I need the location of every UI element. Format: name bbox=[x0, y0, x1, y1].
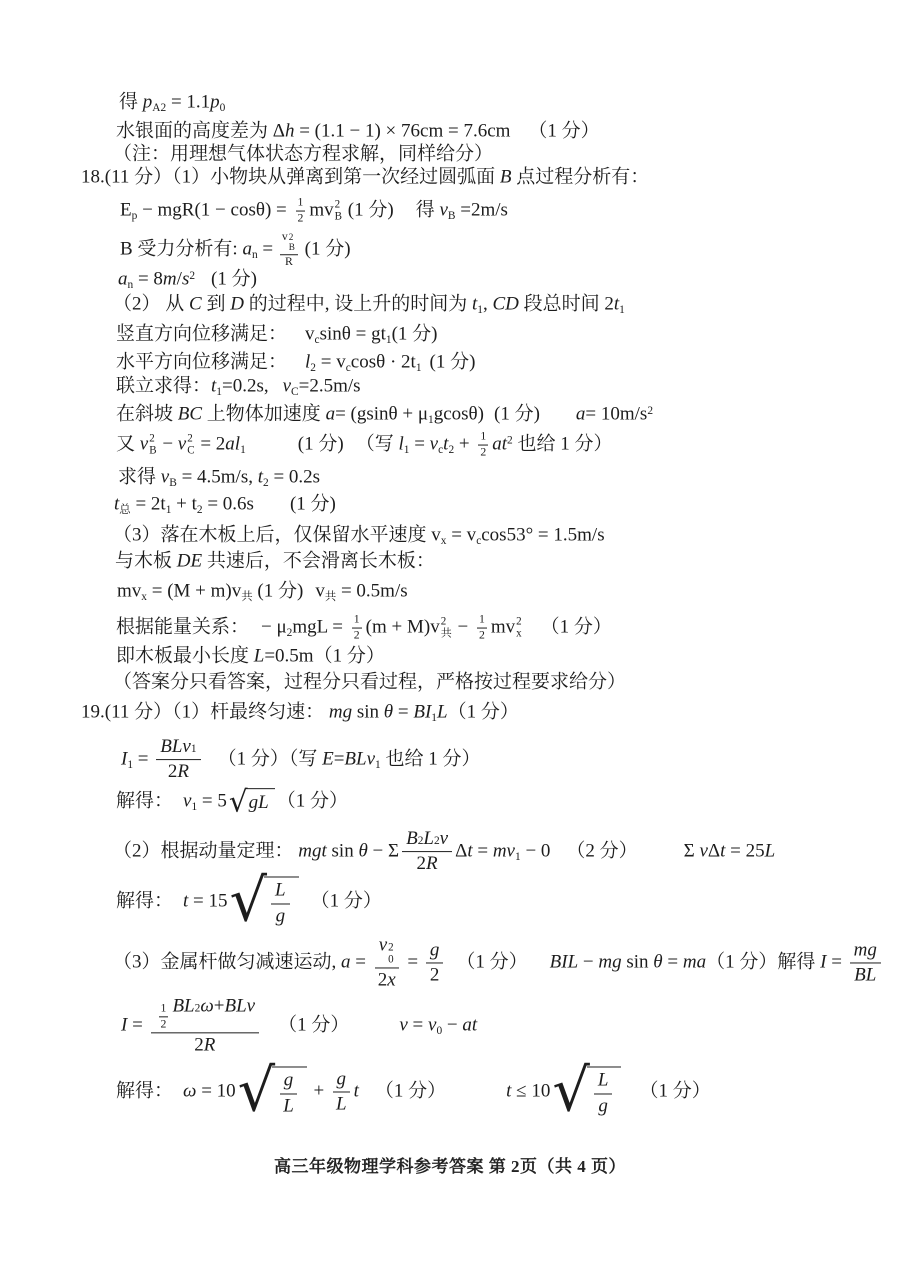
spacer bbox=[638, 855, 684, 856]
math-variable: B bbox=[406, 828, 418, 850]
math-variable: g bbox=[430, 939, 440, 961]
text-run: sin bbox=[352, 702, 384, 723]
spacer bbox=[287, 367, 305, 368]
text-run: 联立求得： bbox=[116, 376, 211, 397]
subscript: 1 bbox=[416, 362, 422, 374]
superscript: 2 bbox=[189, 270, 195, 282]
math-variable: m bbox=[163, 269, 177, 290]
math-variable: p bbox=[210, 92, 220, 113]
text-run: 也给 1 分） bbox=[513, 433, 613, 454]
text-run: 1 bbox=[298, 197, 304, 210]
text-run: gcosθ) bbox=[434, 404, 484, 425]
text-run: = 2 bbox=[196, 433, 226, 454]
text-run: =0.2s, bbox=[222, 376, 269, 397]
text-run: = bbox=[403, 951, 423, 972]
math-variable: mv bbox=[493, 840, 515, 861]
math-variable: ma bbox=[683, 951, 706, 972]
spacer bbox=[484, 419, 494, 420]
text-run: （1 分） bbox=[448, 702, 519, 723]
math-variable: mg bbox=[854, 939, 877, 961]
text-run: （3）金属杆做匀减速运动, bbox=[113, 951, 341, 972]
text-run: = 2t bbox=[131, 494, 166, 515]
fraction: gL bbox=[279, 1070, 298, 1118]
sup-sub-stack: 2B bbox=[149, 433, 156, 458]
superscript: 2 bbox=[647, 405, 653, 417]
fraction-numerator: g bbox=[333, 1068, 351, 1092]
text-run: 即木板最小长度 bbox=[116, 646, 254, 667]
text-run: 又 bbox=[116, 433, 140, 454]
text-run: 求得 bbox=[118, 467, 161, 488]
text-run: 2 bbox=[378, 969, 388, 991]
math-variable: g bbox=[284, 1070, 294, 1092]
subscript: B bbox=[335, 211, 342, 223]
fraction: Lg bbox=[271, 880, 290, 928]
text-run: （3）落在木板上后，仅保留水平速度 v bbox=[113, 525, 441, 546]
text-run: 得 bbox=[119, 92, 143, 113]
doc-line: 解得：t = 15√Lg（1 分） bbox=[116, 875, 382, 928]
superscript: 2 bbox=[441, 616, 447, 628]
math-variable: R bbox=[177, 762, 189, 784]
math-variable: DE bbox=[177, 551, 202, 572]
text-run: (1 分) bbox=[494, 404, 540, 425]
fraction: g2 bbox=[426, 939, 444, 987]
text-run: = 25 bbox=[725, 840, 764, 861]
fraction-denominator: 2 bbox=[294, 212, 308, 226]
text-run: 2 bbox=[480, 447, 486, 460]
text-run: sin bbox=[327, 840, 359, 861]
math-variable: mg bbox=[329, 702, 352, 723]
text-run: = bbox=[473, 840, 493, 861]
math-variable: θ bbox=[653, 951, 662, 972]
text-run: = bbox=[393, 702, 413, 723]
subscript: 1 bbox=[191, 744, 197, 755]
page-footer: 高三年级物理学科参考答案 第 2页（共 4 页） bbox=[0, 1152, 900, 1177]
text-run: = (gsinθ + μ bbox=[335, 404, 428, 425]
radicand: Lg bbox=[264, 877, 299, 928]
spacer bbox=[446, 1095, 506, 1096]
text-run: (1 分) bbox=[211, 269, 257, 290]
math-variable: C bbox=[189, 294, 202, 315]
math-variable: BL bbox=[854, 965, 876, 987]
sup-sub-stack: 2B bbox=[335, 199, 342, 224]
text-run: = bbox=[351, 951, 371, 972]
math-variable: D bbox=[230, 294, 244, 315]
doc-line: （注：用理想气体状态方程求解，同样给分） bbox=[113, 143, 493, 168]
text-run: = bbox=[408, 1014, 428, 1035]
text-run: 2 bbox=[298, 213, 304, 226]
spacer bbox=[422, 367, 430, 368]
text-run: = 8 bbox=[133, 269, 163, 290]
text-run: （1 分） bbox=[375, 1080, 446, 1101]
subscript: x bbox=[516, 628, 522, 640]
fraction-numerator: g bbox=[426, 939, 444, 963]
spacer bbox=[446, 966, 456, 967]
text-run: = bbox=[663, 951, 683, 972]
doc-line: 解得：ω = 10√gL + gLt（1 分）t ≤ 10√Lg（1 分） bbox=[116, 1065, 711, 1118]
spacer bbox=[303, 596, 315, 597]
fraction: 12BL2ω + BLv2R bbox=[151, 995, 260, 1056]
doc-line: mvx = (M + m)v共 (1 分)v共 = 0.5m/s bbox=[117, 580, 408, 605]
math-variable: BC bbox=[178, 404, 202, 425]
text-run: = 0.2s bbox=[269, 467, 320, 488]
superscript: 2 bbox=[335, 199, 341, 211]
fraction-denominator: L bbox=[279, 1094, 298, 1117]
radicand: gL bbox=[245, 788, 275, 816]
math-variable: al bbox=[225, 433, 240, 454]
text-run: − bbox=[158, 433, 178, 454]
math-variable: p bbox=[143, 92, 153, 113]
doc-line: 解得：v1 = 5√gL（1 分） bbox=[116, 788, 348, 816]
fraction-numerator: v20 bbox=[375, 934, 399, 968]
math-variable: BLv bbox=[344, 748, 375, 769]
sup-sub-stack: 2x bbox=[516, 616, 522, 641]
radicand: gL bbox=[272, 1067, 307, 1118]
text-run: − mgR(1 − cosθ) = bbox=[137, 199, 291, 220]
text-run: − Σ bbox=[368, 840, 399, 861]
text-run: = bbox=[409, 433, 429, 454]
subscript: C bbox=[291, 386, 299, 398]
text-run: 19.(11 分）（1）杆最终匀速： bbox=[81, 702, 329, 723]
text-run: 根据能量关系： bbox=[116, 616, 249, 637]
text-run: (1 分) bbox=[343, 199, 394, 220]
fraction-numerator: 1 bbox=[159, 1002, 169, 1017]
text-run: （1 分）解得 bbox=[706, 951, 820, 972]
text-run: + bbox=[309, 1080, 329, 1101]
sup-sub-stack: 2C bbox=[187, 433, 194, 458]
math-variable: L bbox=[423, 828, 434, 850]
fraction-denominator: 2 bbox=[426, 964, 444, 987]
text-run: = bbox=[127, 1014, 147, 1035]
subscript: 总 bbox=[119, 504, 130, 516]
radicand: Lg bbox=[587, 1067, 622, 1118]
text-run: 也给 1 分） bbox=[381, 748, 481, 769]
text-run: =2.5m/s bbox=[299, 376, 361, 397]
text-run: (1 分) bbox=[253, 581, 304, 602]
math-variable: gL bbox=[249, 791, 269, 816]
subscript: B bbox=[169, 477, 177, 489]
text-run: （1 分） bbox=[311, 890, 382, 911]
math-variable: L bbox=[437, 702, 448, 723]
spacer bbox=[195, 284, 211, 285]
fraction-denominator: L bbox=[332, 1093, 351, 1116]
fraction: v202x bbox=[374, 934, 400, 991]
fraction-denominator: 2 bbox=[475, 629, 489, 643]
square-root: √gL bbox=[238, 1065, 307, 1118]
text-run: + t bbox=[171, 494, 197, 515]
text-run: = 5 bbox=[197, 790, 227, 811]
spacer bbox=[394, 214, 416, 215]
fraction-numerator: 1 bbox=[352, 614, 362, 629]
spacer bbox=[246, 448, 298, 449]
math-variable: a bbox=[242, 238, 252, 259]
fraction: 12 bbox=[475, 614, 489, 643]
text-run: 2 bbox=[430, 965, 440, 987]
text-run: （1 分） bbox=[528, 121, 599, 142]
text-run: 的过程中, 设上升的时间为 bbox=[244, 294, 472, 315]
math-variable: CD bbox=[492, 294, 518, 315]
spacer bbox=[528, 966, 550, 967]
doc-line: 得 pA2 = 1.1p0 bbox=[119, 91, 225, 116]
doc-line: 求得 vB = 4.5m/s, t2 = 0.2s bbox=[118, 466, 320, 491]
text-run: 2 bbox=[161, 1018, 167, 1031]
text-run: 18.(11 分）（1）小物块从弹离到第一次经过圆弧面 bbox=[81, 167, 500, 188]
fraction-numerator: 1 bbox=[477, 614, 487, 629]
math-variable: BI bbox=[413, 702, 431, 723]
text-run: （写 bbox=[356, 433, 399, 454]
text-run: v bbox=[315, 581, 325, 602]
math-variable: t bbox=[354, 1080, 359, 1101]
text-run: v bbox=[305, 324, 315, 345]
doc-line: I1 = BLv12R（1 分）（写 E=BLv1 也给 1 分） bbox=[121, 736, 480, 784]
text-run: = bbox=[133, 748, 153, 769]
doc-line: t总 = 2t1 + t2 = 0.6s(1 分) bbox=[114, 493, 336, 518]
text-run: =0.5m（1 分） bbox=[264, 646, 385, 667]
superscript: 2 bbox=[388, 941, 394, 953]
text-run: − bbox=[453, 616, 473, 637]
text-run: = v bbox=[316, 352, 346, 373]
fraction-denominator: 2R bbox=[413, 853, 442, 876]
text-run: （1 分） bbox=[277, 790, 348, 811]
text-run: sinθ = gt bbox=[320, 324, 386, 345]
doc-line: （3）落在木板上后，仅保留水平速度 vx = vccos53° = 1.5m/s bbox=[113, 524, 605, 549]
text-run: （2） 从 bbox=[113, 294, 189, 315]
spacer bbox=[301, 905, 311, 906]
text-run: = bbox=[258, 238, 278, 259]
text-run: 2 bbox=[168, 762, 178, 784]
math-variable: L bbox=[765, 840, 776, 861]
subscript: 0 bbox=[220, 102, 226, 114]
text-run: 到 bbox=[202, 294, 231, 315]
spacer bbox=[523, 631, 541, 632]
radical-sign-icon: √ bbox=[238, 1064, 276, 1117]
subscript: 0 bbox=[388, 954, 394, 966]
square-root: √Lg bbox=[552, 1065, 621, 1118]
text-run: cos53° = 1.5m/s bbox=[481, 525, 604, 546]
text-run: Δ bbox=[708, 840, 720, 861]
radical-sign-icon: √ bbox=[230, 874, 268, 927]
spacer bbox=[249, 631, 261, 632]
fraction: mgBL bbox=[850, 939, 881, 987]
spacer bbox=[349, 1029, 399, 1030]
doc-line: （3）金属杆做匀减速运动, a = v202x = g2（1 分）BIL − m… bbox=[113, 934, 884, 991]
doc-line: 水银面的高度差为 Δh = (1.1 − 1) × 76cm = 7.6cm（1… bbox=[116, 120, 600, 145]
fraction: B2L2v2R bbox=[402, 828, 452, 876]
doc-line: 联立求得：t1=0.2s,vC=2.5m/s bbox=[116, 375, 361, 400]
fraction-numerator: 1 bbox=[478, 431, 488, 446]
fraction-numerator: B2L2v bbox=[402, 828, 452, 852]
subscript: 1 bbox=[619, 304, 625, 316]
spacer bbox=[173, 1095, 183, 1096]
text-run: mgL = bbox=[292, 616, 347, 637]
text-run: mv bbox=[309, 199, 333, 220]
text-run: 上物体加速度 bbox=[202, 404, 326, 425]
text-run: − bbox=[578, 951, 598, 972]
math-variable: v bbox=[283, 376, 291, 397]
fraction-numerator: BLv1 bbox=[156, 736, 200, 760]
math-variable: R bbox=[426, 854, 438, 876]
text-run: 2 bbox=[417, 854, 427, 876]
text-run: 解得： bbox=[116, 890, 173, 911]
text-run: = 10m/s bbox=[585, 404, 647, 425]
doc-line: Ep − mgR(1 − cosθ) = 12mv2B (1 分)得 vB =2… bbox=[120, 197, 508, 226]
fraction-numerator: v2B bbox=[280, 231, 298, 255]
text-run: 水银面的高度差为 Δ bbox=[116, 121, 285, 142]
math-variable: a bbox=[576, 404, 586, 425]
text-run: 得 bbox=[416, 199, 440, 220]
text-run: (1 分) bbox=[430, 352, 476, 373]
subscript: 共 bbox=[241, 591, 252, 603]
spacer bbox=[262, 1029, 278, 1030]
fraction-denominator: 2 bbox=[157, 1017, 171, 1031]
text-run: （2 分） bbox=[566, 840, 637, 861]
text-run: （1 分）（写 bbox=[218, 748, 323, 769]
text-run: − 0 bbox=[521, 840, 551, 861]
subscript: B bbox=[448, 210, 456, 222]
answer-sheet-page: 得 pA2 = 1.1p0水银面的高度差为 Δh = (1.1 − 1) × 7… bbox=[0, 0, 900, 1273]
doc-line: 又 v2B − v2C = 2al1(1 分)（写 l1 = vct2 + 12… bbox=[116, 431, 613, 460]
math-variable: v bbox=[430, 433, 438, 454]
doc-line: 18.(11 分）（1）小物块从弹离到第一次经过圆弧面 B 点过程分析有： bbox=[81, 166, 649, 191]
text-run: − bbox=[442, 1014, 462, 1035]
doc-line: 即木板最小长度 L=0.5m（1 分） bbox=[116, 645, 385, 670]
spacer bbox=[344, 448, 356, 449]
spacer bbox=[173, 805, 183, 806]
text-run: mv bbox=[117, 581, 141, 602]
fraction: gL bbox=[332, 1068, 351, 1116]
math-variable: R bbox=[204, 1034, 216, 1056]
fraction-denominator: R bbox=[281, 255, 297, 269]
math-variable: v bbox=[140, 433, 148, 454]
math-variable: mgt bbox=[298, 840, 327, 861]
math-variable: a bbox=[341, 951, 351, 972]
text-run: 解得： bbox=[116, 790, 173, 811]
sup-sub-stack: 2共 bbox=[441, 616, 452, 641]
math-variable: L bbox=[598, 1070, 609, 1092]
text-run: = bbox=[826, 951, 846, 972]
math-variable: L bbox=[336, 1094, 347, 1116]
text-run: 水平方向位移满足： bbox=[116, 352, 287, 373]
text-run: ≤ 10 bbox=[511, 1080, 550, 1101]
subscript: B bbox=[149, 445, 156, 457]
text-run: 在斜坡 bbox=[116, 404, 178, 425]
doc-line: an = 8m/s2(1 分) bbox=[118, 268, 257, 293]
math-variable: θ bbox=[358, 840, 367, 861]
superscript: 2 bbox=[516, 616, 522, 628]
fraction-numerator: L bbox=[594, 1070, 613, 1094]
text-run: 1 bbox=[480, 431, 486, 444]
square-root: √Lg bbox=[230, 875, 299, 928]
radical-sign-icon: √ bbox=[552, 1064, 590, 1117]
text-run: + bbox=[454, 433, 474, 454]
text-run: 2 bbox=[479, 630, 485, 643]
text-run: (m + M)v bbox=[366, 616, 440, 637]
text-run: v bbox=[282, 231, 288, 244]
superscript: 2 bbox=[149, 433, 155, 445]
math-variable: mg bbox=[598, 951, 621, 972]
fraction: 12 bbox=[476, 431, 490, 460]
spacer bbox=[173, 905, 183, 906]
text-run: 解得： bbox=[116, 1080, 173, 1101]
text-run: 共速后，不会滑离长木板： bbox=[202, 551, 435, 572]
radical-sign-icon: √ bbox=[229, 788, 248, 815]
fraction: 12 bbox=[157, 1002, 171, 1031]
text-run: 1 bbox=[479, 614, 485, 627]
text-run: = (M + m)v bbox=[147, 581, 241, 602]
fraction: BLv12R bbox=[156, 736, 200, 784]
doc-line: （答案分只看答案，过程分只看过程，严格按过程要求给分） bbox=[113, 671, 626, 696]
text-run: sin bbox=[622, 951, 654, 972]
text-run: 1 bbox=[354, 614, 360, 627]
sup-sub-stack: 20 bbox=[388, 941, 394, 966]
fraction-numerator: g bbox=[280, 1070, 298, 1094]
spacer bbox=[540, 419, 576, 420]
text-run: = bbox=[334, 748, 345, 769]
fraction-denominator: 2 bbox=[350, 629, 364, 643]
text-run: 竖直方向位移满足： bbox=[116, 324, 287, 345]
math-variable: θ bbox=[384, 702, 393, 723]
fraction-numerator: 1 bbox=[296, 197, 306, 212]
spacer bbox=[623, 1095, 639, 1096]
text-run: （注：用理想气体状态方程求解，同样给分） bbox=[113, 144, 493, 165]
text-run: R bbox=[285, 256, 293, 269]
text-run: （答案分只看答案，过程分只看过程，严格按过程要求给分） bbox=[113, 672, 626, 693]
doc-line: 竖直方向位移满足：vcsinθ = gt1(1 分) bbox=[116, 323, 437, 348]
math-variable: L bbox=[283, 1095, 294, 1117]
math-variable: ω bbox=[183, 1080, 196, 1101]
text-run: 段总时间 2 bbox=[519, 294, 614, 315]
text-run: 点过程分析有： bbox=[511, 167, 649, 188]
text-run: Δ bbox=[455, 840, 467, 861]
subscript: 共 bbox=[325, 591, 336, 603]
fraction-numerator: L bbox=[271, 880, 290, 904]
superscript: 2 bbox=[187, 433, 193, 445]
doc-line: 19.(11 分）（1）杆最终匀速： mg sin θ = BI1L（1 分） bbox=[81, 701, 519, 726]
text-run: （1 分） bbox=[541, 616, 612, 637]
math-variable: v bbox=[178, 433, 186, 454]
text-run: (1 分) bbox=[300, 238, 351, 259]
doc-line: 水平方向位移满足：l2 = vccosθ · 2t1(1 分) bbox=[116, 351, 475, 376]
text-run: 1 bbox=[161, 1002, 167, 1015]
text-run: Σ bbox=[684, 840, 700, 861]
math-variable: g bbox=[598, 1095, 608, 1117]
text-run: = 1.1 bbox=[166, 92, 210, 113]
spacer bbox=[204, 763, 218, 764]
math-variable: a bbox=[326, 404, 336, 425]
doc-line: （2）根据动量定理： mgt sin θ − ΣB2L2v2RΔt = mv1 … bbox=[113, 828, 775, 876]
fraction-denominator: BL bbox=[850, 964, 880, 987]
subscript: C bbox=[187, 445, 194, 457]
subscript: 1 bbox=[240, 444, 246, 456]
spacer bbox=[254, 509, 290, 510]
math-variable: v bbox=[699, 840, 707, 861]
fraction-denominator: 2R bbox=[190, 1033, 219, 1056]
math-variable: ω bbox=[200, 995, 213, 1017]
text-run: = 0.5m/s bbox=[336, 581, 407, 602]
math-variable: g bbox=[276, 905, 286, 927]
text-run: 2 bbox=[354, 630, 360, 643]
fraction: Lg bbox=[594, 1070, 613, 1118]
doc-line: 与木板 DE 共速后，不会滑离长木板： bbox=[115, 550, 435, 575]
doc-line: 根据能量关系：− μ2mgL = 12(m + M)v2共 − 12mv2x（1… bbox=[116, 614, 612, 643]
math-variable: x bbox=[387, 969, 395, 991]
math-variable: BIL bbox=[550, 951, 579, 972]
fraction-numerator: 12BL2ω + BLv bbox=[151, 995, 260, 1033]
text-run: = 4.5m/s, bbox=[177, 467, 258, 488]
text-run: = v bbox=[446, 525, 476, 546]
subscript: B bbox=[289, 243, 295, 253]
math-variable: E bbox=[322, 748, 334, 769]
text-run: (1 分) bbox=[298, 433, 344, 454]
